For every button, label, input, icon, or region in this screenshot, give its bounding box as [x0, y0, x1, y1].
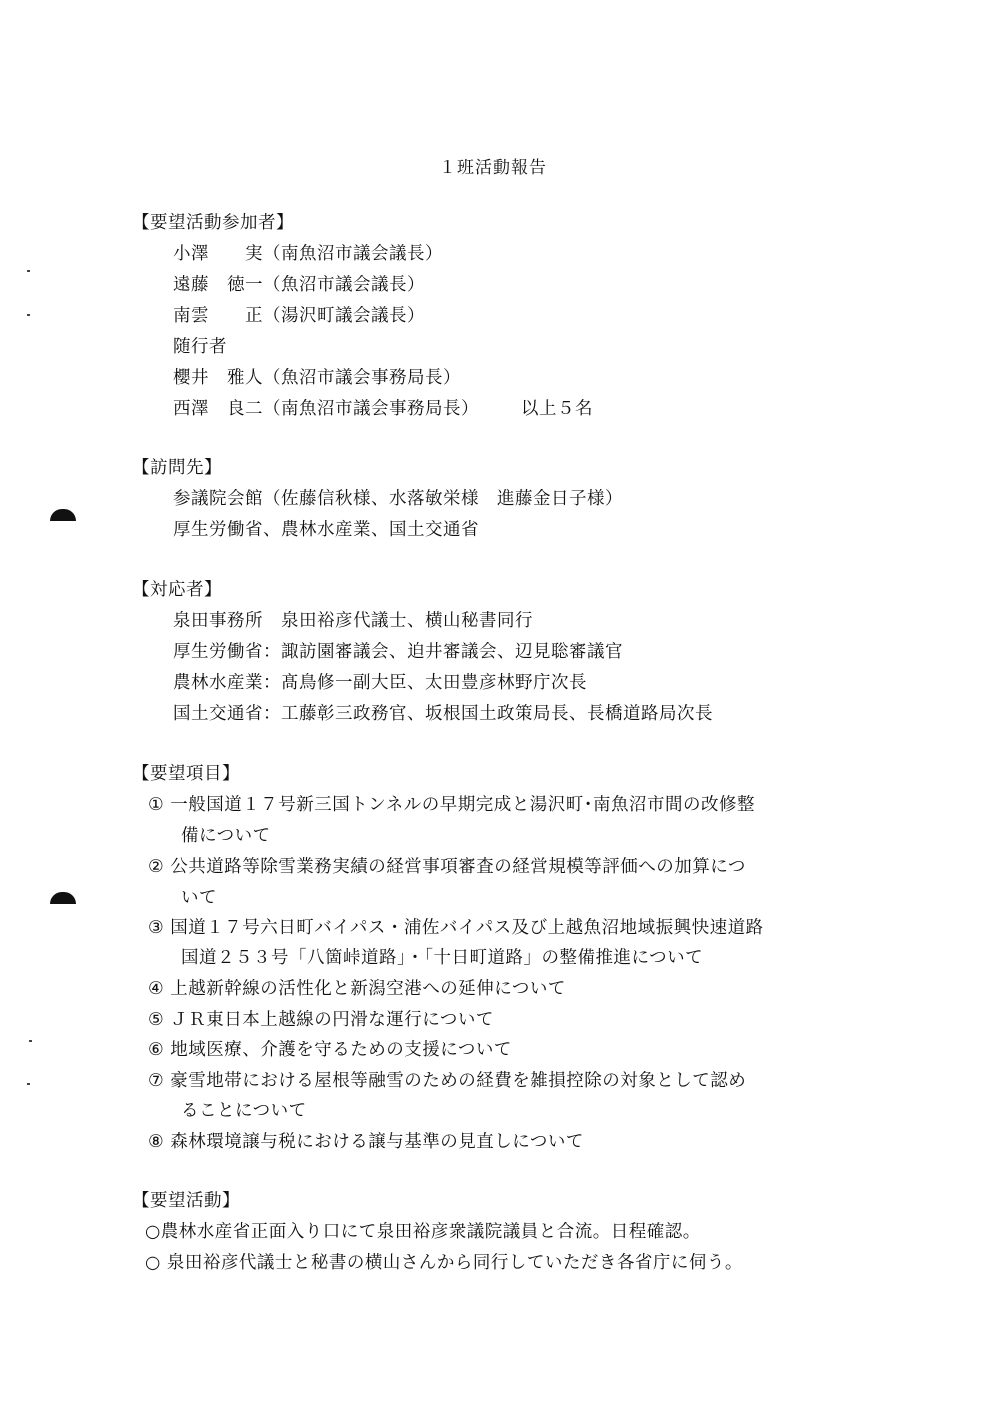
respondent-line: 厚生労働省：諏訪園審議会、迫井審議会、辺見聡審議官	[173, 641, 623, 663]
participant-line: 南雲 正（湯沢町議会議長）	[173, 305, 425, 327]
section-heading-respondents: 【対応者】	[132, 579, 222, 601]
scan-speck	[27, 1083, 30, 1085]
attendant-label: 随行者	[173, 336, 227, 358]
request-item-1-cont: 備について	[181, 825, 271, 847]
section-heading-requests: 【要望項目】	[132, 763, 240, 785]
request-item-3-cont: 国道２５３号「八箇峠道路」・「十日町道路」の整備推進について	[181, 947, 703, 969]
participant-line: 櫻井 雅人（魚沼市議会事務局長）	[173, 367, 461, 389]
request-item-4: ④ 上越新幹線の活性化と新潟空港への延伸について	[148, 978, 566, 1000]
punch-hole-mark	[50, 892, 76, 904]
request-item-2-cont: いて	[181, 887, 217, 909]
participant-line: 西澤 良二（南魚沼市議会事務局長）以上５名	[173, 398, 593, 420]
scan-speck	[27, 270, 30, 272]
punch-hole-mark	[50, 509, 76, 521]
respondent-line: 泉田事務所 泉田裕彦代議士、横山秘書同行	[173, 610, 533, 632]
respondent-line: 農林水産業：髙鳥修一副大臣、太田豊彦林野庁次長	[173, 672, 587, 694]
scan-speck	[27, 314, 30, 316]
visit-line: 厚生労働省、農林水産業、国土交通省	[173, 519, 479, 541]
respondent-line: 国土交通省：工藤彰三政務官、坂根国土政策局長、長橋道路局次長	[173, 703, 713, 725]
section-heading-activities: 【要望活動】	[132, 1190, 240, 1212]
request-item-1: ① 一般国道１７号新三国トンネルの早期完成と湯沢町･南魚沼市間の改修整	[148, 794, 755, 816]
request-item-7: ⑦ 豪雪地帯における屋根等融雪のための経費を雑損控除の対象として認め	[148, 1070, 746, 1092]
participant-line: 小澤 実（南魚沼市議会議長）	[173, 243, 443, 265]
visit-line: 参議院会館（佐藤信秋様、水落敏栄様 進藤金日子様）	[173, 488, 623, 510]
section-heading-participants: 【要望活動参加者】	[132, 212, 294, 234]
participant-line: 遠藤 徳一（魚沼市議会議長）	[173, 274, 425, 296]
request-item-5: ⑤ ＪＲ東日本上越線の円滑な運行について	[148, 1009, 494, 1031]
request-item-6: ⑥ 地域医療、介護を守るための支援について	[148, 1039, 512, 1061]
request-item-7-cont: ることについて	[181, 1100, 307, 1122]
participant-count: 以上５名	[521, 399, 593, 419]
document-title: １班活動報告	[0, 153, 1000, 178]
activity-line: ○ 泉田裕彦代議士と秘書の横山さんから同行していただき各省庁に伺う。	[145, 1252, 743, 1274]
request-item-8: ⑧ 森林環境譲与税における譲与基準の見直しについて	[148, 1131, 584, 1153]
request-item-3: ③ 国道１７号六日町バイパス・浦佐バイパス及び上越魚沼地域振興快速道路	[148, 917, 764, 939]
activity-line: ○農林水産省正面入り口にて泉田裕彦衆議院議員と合流。日程確認。	[145, 1221, 701, 1243]
scan-speck	[29, 1040, 32, 1042]
scanned-document-page: １班活動報告 【要望活動参加者】 小澤 実（南魚沼市議会議長） 遠藤 徳一（魚沼…	[0, 0, 1000, 1420]
request-item-2: ② 公共道路等除雪業務実績の経営事項審査の経営規模等評価への加算につ	[148, 856, 746, 878]
section-heading-visits: 【訪問先】	[132, 457, 222, 479]
